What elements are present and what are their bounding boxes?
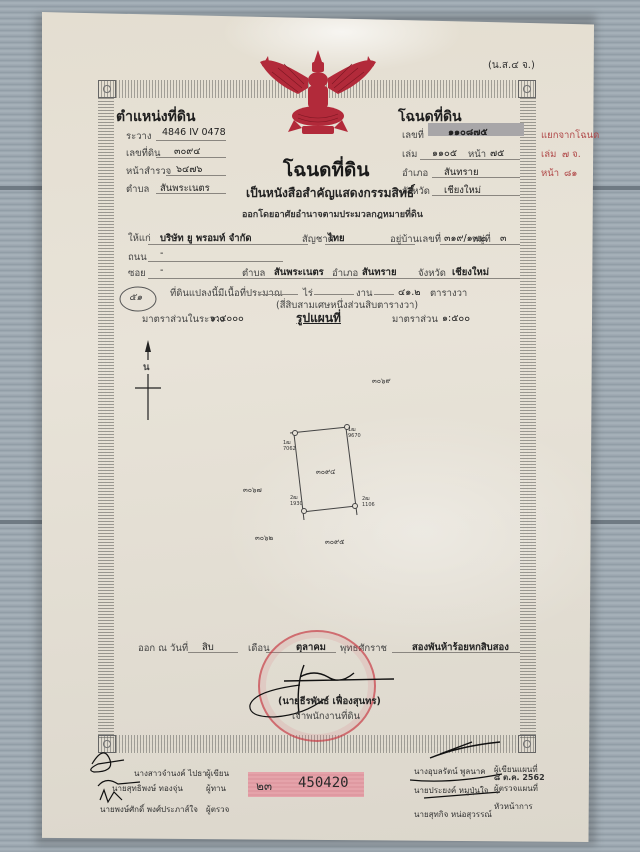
corner-ornament [518, 80, 536, 98]
neighbor-parcel: ๓๐๖๗ [243, 485, 262, 496]
field-label: ระวาง [126, 129, 152, 144]
sq-wa-label: ตารางวา [430, 286, 467, 301]
marker-2: 1ฒ9670 [348, 427, 361, 439]
field-label: เลขที่ดิน [126, 146, 161, 161]
signatory-name: นางอุบลรัตน์ พูลนาค [414, 765, 486, 778]
north-label: น [143, 360, 150, 375]
split-book-value: ๗ จ. [562, 147, 581, 162]
split-book-label: เล่ม [541, 147, 556, 162]
signatory-name: นางสาวจำนงค์ ไปธา [134, 767, 207, 780]
document-subtitle: เป็นหนังสือสำคัญแสดงกรรมสิทธิ์ [246, 184, 414, 203]
neighbor-parcel: ๓๐๖๒ [255, 533, 273, 544]
split-from-label: แยกจากโฉนด [541, 128, 599, 143]
address-label: อยู่บ้านเลขที่ [390, 232, 441, 247]
map-sheet-value: 4846 IV 0478 [162, 127, 226, 138]
serial-prefix: ๒๓ [256, 777, 272, 796]
road-label: ถนน [128, 250, 147, 265]
signatory-name: นายสุทธิพงษ์ ทองจุ่น [112, 782, 183, 795]
sheet-scale-value: ๑:๔๐๐๐ [210, 311, 244, 326]
marker-1: 1ฒ7062 [283, 440, 296, 452]
neighbor-parcel: ๓๐๙๕ [325, 537, 344, 548]
soi-label: ซอย [128, 266, 146, 281]
serial-number: 450420 [298, 775, 349, 791]
deed-number-value: ๑๑๐๘๗๕ [448, 125, 488, 140]
border-right [520, 98, 536, 738]
issued-date-label: ออก ณ วันที่ [138, 641, 188, 656]
garuda-emblem-icon [258, 48, 378, 140]
corner-ornament [98, 80, 116, 98]
parcel-label: ๓๐๙๔ [316, 467, 335, 478]
signatory-role: ผู้ตรวจ [206, 803, 229, 816]
signatory-role: ผู้ทาน [206, 782, 226, 795]
corner-ornament [518, 735, 536, 753]
split-page-label: หน้า [541, 166, 559, 181]
field-label: เลขที่ [402, 128, 424, 143]
marker-3: 2ฒ1930 [290, 495, 303, 507]
signatory-name: นายพงษ์ศักดิ์ พงศ์ประภาส์ใจ [100, 803, 198, 816]
issued-under-text: ออกโดยอาศัยอำนาจตามประมวลกฎหมายที่ดิน [242, 207, 423, 221]
handwritten-mark: ๕๑ [129, 290, 142, 305]
month-label: เดือน [248, 641, 270, 656]
road-value: - [160, 248, 163, 259]
signatory-role: หัวหน้าการ [494, 800, 533, 813]
split-page-value: ๘๑ [564, 166, 577, 181]
field-label: เล่ม [402, 147, 417, 162]
field-label: อำเภอ [402, 166, 428, 181]
signatory-name: นายประยงค์ หมูปุ่นใจ [414, 784, 489, 797]
signatory-name: นายสุทกิจ หน่อสุวรรณ์ [414, 808, 492, 821]
scale-label: มาตราส่วน [392, 312, 438, 327]
document-title: โฉนดที่ดิน [283, 155, 369, 185]
field-label: ตำบล [126, 182, 149, 197]
land-location-heading: ตำแหน่งที่ดิน [116, 106, 196, 128]
signatory-role: ผู้ตรวจแผนที่ [494, 782, 538, 795]
scale-value: ๑:๕๐๐ [442, 311, 470, 326]
signatory-role: ผู้เขียน [206, 767, 229, 780]
official-title: เจ้าพนักงานที่ดิน [292, 709, 360, 724]
neighbor-parcel: ๓๐๖๙ [372, 376, 391, 387]
border-left [98, 98, 114, 738]
field-label: หน้าสำรวจ [126, 164, 171, 179]
official-name: (นายธีรพันธ์ เฟื่องสุนทร) [278, 694, 381, 709]
north-arrow-icon [134, 340, 162, 420]
map-heading: รูปแผนที่ [296, 309, 341, 328]
marker-4: 2ฒ1106 [362, 496, 375, 508]
form-code: (น.ส.๔ จ.) [488, 58, 535, 73]
soi-value: - [160, 265, 163, 276]
